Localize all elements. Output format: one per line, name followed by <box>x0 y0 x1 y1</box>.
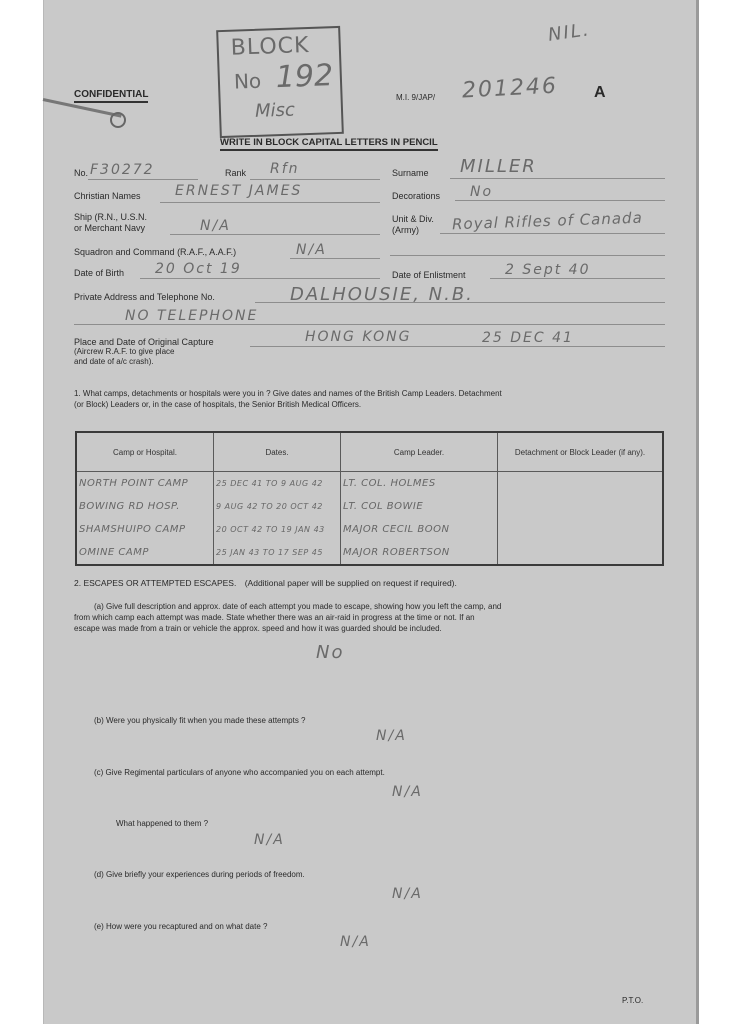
telephone-value: NO TELEPHONE <box>125 308 258 324</box>
reference-label: M.I. 9/JAP/ <box>396 93 435 102</box>
no-label: No. <box>74 168 88 178</box>
address-label: Private Address and Telephone No. <box>74 292 215 302</box>
cell-camp: NORTH POINT CAMP <box>76 472 214 496</box>
section1-question-line1: 1. What camps, detachments or hospitals … <box>74 388 674 399</box>
table-row: SHAMSHUIPO CAMP 20 OCT 42 TO 19 JAN 43 M… <box>76 518 663 541</box>
unit-label-line2: (Army) <box>392 225 434 236</box>
ship-label-line2: or Merchant Navy <box>74 223 147 234</box>
decorations-label: Decorations <box>392 191 440 201</box>
reference-number: 201246 <box>461 74 558 104</box>
answer-e: N/A <box>340 934 371 950</box>
capture-label-line1: Place and Date of Original Capture <box>74 337 214 347</box>
section2-heading-note: (Additional paper will be supplied on re… <box>245 578 457 588</box>
no-value: F30272 <box>90 162 155 178</box>
column-header-camp-leader: Camp Leader. <box>341 432 498 472</box>
answer-c2: N/A <box>254 832 285 848</box>
tag-eyelet <box>110 112 126 128</box>
question-c: (c) Give Regimental particulars of anyon… <box>94 768 385 777</box>
answer-b: N/A <box>376 728 407 744</box>
christian-names-label: Christian Names <box>74 191 141 201</box>
question-b: (b) Were you physically fit when you mad… <box>94 716 306 725</box>
cell-camp: SHAMSHUIPO CAMP <box>76 518 214 541</box>
question-d: (d) Give briefly your experiences during… <box>94 870 305 879</box>
column-header-camp: Camp or Hospital. <box>76 432 214 472</box>
section2-heading-text: 2. ESCAPES OR ATTEMPTED ESCAPES. <box>74 578 236 588</box>
stamp-number: 192 <box>275 58 333 95</box>
column-header-detachment-leader: Detachment or Block Leader (if any). <box>498 432 664 472</box>
surname-label: Surname <box>392 168 429 178</box>
unit-label-line1: Unit & Div. <box>392 214 434 225</box>
cell-dates: 25 JAN 43 TO 17 SEP 45 <box>214 541 341 565</box>
column-header-dates: Dates. <box>214 432 341 472</box>
block-stamp: BLOCK No 192 Misc <box>216 26 344 138</box>
section1-question-line2: (or Block) Leaders or, in the case of ho… <box>74 399 674 410</box>
answer-d: N/A <box>392 886 423 902</box>
ship-label-line1: Ship (R.N., U.S.N. <box>74 212 147 223</box>
cell-camp: OMINE CAMP <box>76 541 214 565</box>
ship-value: N/A <box>200 218 231 234</box>
dob-value: 20 Oct 19 <box>155 261 242 277</box>
enlistment-value: 2 Sept 40 <box>505 262 591 278</box>
cell-detachment <box>498 472 664 496</box>
camps-table: Camp or Hospital. Dates. Camp Leader. De… <box>75 431 664 566</box>
confidential-label: CONFIDENTIAL <box>74 89 148 103</box>
capture-label: Place and Date of Original Capture (Airc… <box>74 337 214 367</box>
cell-camp: BOWING RD HOSP. <box>76 495 214 518</box>
question-a-line2: from which camp each attempt was made. S… <box>74 612 674 623</box>
stamp-misc: Misc <box>255 100 296 122</box>
capture-date: 25 DEC 41 <box>482 330 574 346</box>
cell-detachment <box>498 518 664 541</box>
question-a-line3: escape was made from a train or vehicle … <box>74 623 674 634</box>
capture-label-line3: and date of a/c crash). <box>74 357 214 367</box>
table-header-row: Camp or Hospital. Dates. Camp Leader. De… <box>76 432 663 472</box>
question-a: (a) Give full description and approx. da… <box>74 601 674 634</box>
cell-leader: LT. COL. HOLMES <box>341 472 498 496</box>
christian-names-value: ERNEST JAMES <box>175 183 302 199</box>
table-row: NORTH POINT CAMP 25 DEC 41 TO 9 AUG 42 L… <box>76 472 663 496</box>
surname-value: MILLER <box>460 156 537 177</box>
decorations-value: No <box>470 184 493 200</box>
squadron-label: Squadron and Command (R.A.F., A.A.F.) <box>74 247 236 257</box>
instruction-heading: WRITE IN BLOCK CAPITAL LETTERS IN PENCIL <box>220 137 438 151</box>
table-row: OMINE CAMP 25 JAN 43 TO 17 SEP 45 MAJOR … <box>76 541 663 565</box>
answer-c: N/A <box>392 784 423 800</box>
capture-label-line2: (Aircrew R.A.F. to give place <box>74 347 214 357</box>
squadron-value: N/A <box>296 242 327 258</box>
stamp-block-text: BLOCK <box>230 33 309 61</box>
enlistment-label: Date of Enlistment <box>392 270 466 280</box>
unit-label: Unit & Div. (Army) <box>392 214 434 236</box>
question-e: (e) How were you recaptured and on what … <box>94 922 267 931</box>
section1-question: 1. What camps, detachments or hospitals … <box>74 388 674 410</box>
cell-dates: 9 AUG 42 TO 20 OCT 42 <box>214 495 341 518</box>
answer-a: No <box>316 642 344 663</box>
cell-dates: 20 OCT 42 TO 19 JAN 43 <box>214 518 341 541</box>
rank-label: Rank <box>225 168 246 178</box>
capture-place: HONG KONG <box>305 329 411 345</box>
question-a-line1: (a) Give full description and approx. da… <box>74 601 674 612</box>
table-row: BOWING RD HOSP. 9 AUG 42 TO 20 OCT 42 LT… <box>76 495 663 518</box>
stamp-no-text: No <box>234 69 262 94</box>
cell-leader: MAJOR ROBERTSON <box>341 541 498 565</box>
cell-dates: 25 DEC 41 TO 9 AUG 42 <box>214 472 341 496</box>
cell-detachment <box>498 495 664 518</box>
reference-suffix: A <box>594 84 606 102</box>
rank-value: Rfn <box>270 161 300 177</box>
cell-leader: LT. COL BOWIE <box>341 495 498 518</box>
section2-heading: 2. ESCAPES OR ATTEMPTED ESCAPES. (Additi… <box>74 578 457 588</box>
question-c2: What happened to them ? <box>116 819 208 828</box>
pto-label: P.T.O. <box>622 996 643 1005</box>
dob-label: Date of Birth <box>74 268 124 278</box>
cell-detachment <box>498 541 664 565</box>
ship-label: Ship (R.N., U.S.N. or Merchant Navy <box>74 212 147 234</box>
cell-leader: MAJOR CECIL BOON <box>341 518 498 541</box>
